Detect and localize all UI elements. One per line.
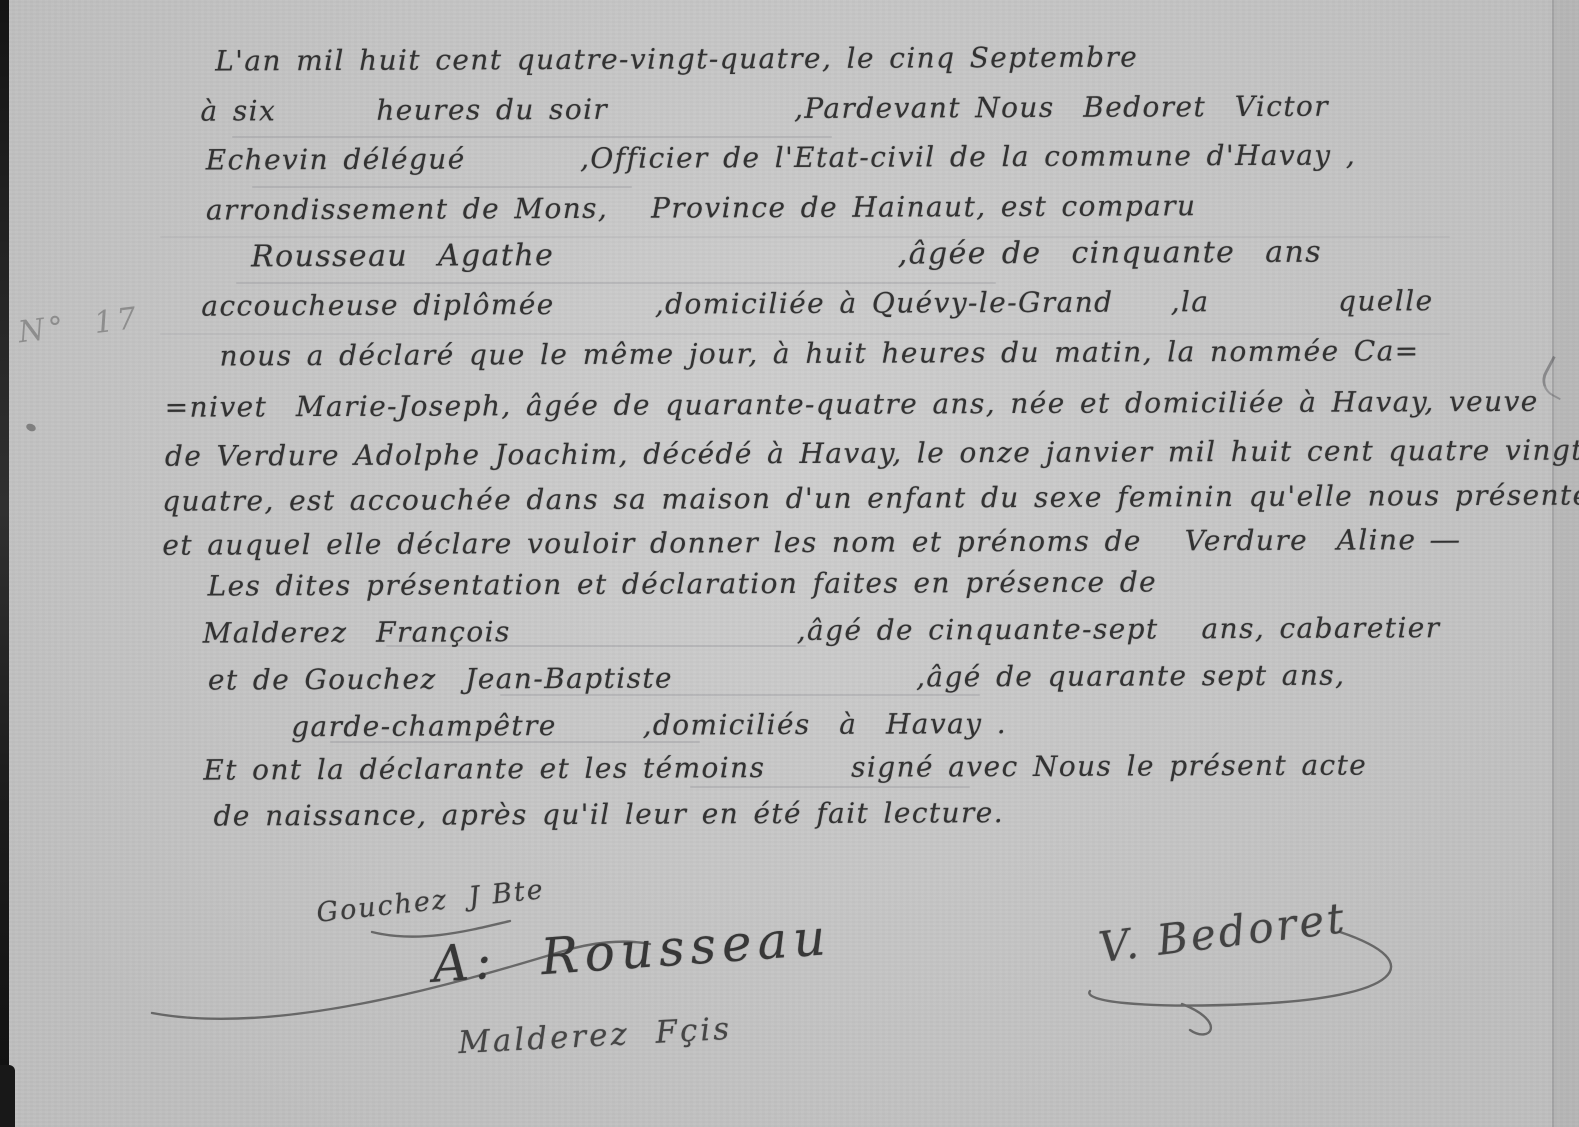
manuscript-line: Malderez François ,âgé de cinquante-sept…: [203, 611, 1441, 649]
signature-gouchez: Gouchez J Bte: [315, 874, 546, 929]
manuscript-line: Rousseau Agathe ,âgée de cinquante ans: [251, 235, 1322, 275]
manuscript-line: =nivet Marie-Joseph, âgée de quarante-qu…: [165, 385, 1539, 424]
manuscript-line: et de Gouchez Jean-Baptiste ,âgé de quar…: [208, 659, 1346, 697]
manuscript-line: garde-champêtre ,domiciliés à Havay .: [291, 707, 1007, 743]
manuscript-line: Echevin délégué ,Officier de l'Etat-civi…: [206, 139, 1357, 177]
manuscript-line: et auquel elle déclare vouloir donner le…: [162, 523, 1460, 562]
ruled-line: [232, 136, 832, 138]
manuscript-line: de naissance, après qu'il leur en été fa…: [213, 796, 1004, 832]
manuscript-line: de Verdure Adolphe Joachim, décédé à Hav…: [165, 434, 1579, 473]
ruled-line: [236, 282, 996, 284]
ink-blot: [25, 422, 37, 432]
signature-malderez: Malderez Fçis: [457, 1011, 733, 1061]
scan-edge-left: [0, 0, 9, 1127]
manuscript-line: quatre, est accouchée dans sa maison d'u…: [162, 478, 1579, 517]
manuscript-line: à six heures du soir ,Pardevant Nous Bed…: [200, 90, 1329, 128]
bedoret-paraph-tail: [1182, 1004, 1211, 1034]
manuscript-line: arrondissement de Mons, Province de Hain…: [206, 189, 1197, 226]
manuscript-line: Et ont la déclarante et les témoins sign…: [203, 748, 1367, 786]
ruled-line: [252, 186, 632, 188]
act-number: N° 17: [16, 301, 142, 351]
scanned-birth-act-page: N° 17 L'an mil huit cent quatre-vingt-qu…: [0, 0, 1579, 1127]
manuscript-line: Les dites présentation et déclaration fa…: [207, 565, 1157, 602]
manuscript-line: nous a déclaré que le même jour, à huit …: [219, 334, 1419, 372]
page-fold-band: [1554, 0, 1579, 1127]
scan-corner-mark: [0, 1065, 15, 1127]
signature-rousseau: A: Rousseau: [430, 908, 833, 994]
ruled-line: [690, 786, 970, 788]
manuscript-line: L'an mil huit cent quatre-vingt-quatre, …: [215, 40, 1138, 77]
manuscript-text-block: L'an mil huit cent quatre-vingt-quatre, …: [0, 0, 1579, 3]
signature-bedoret: V. Bedoret: [1096, 893, 1350, 972]
manuscript-line: accoucheuse diplômée ,domiciliée à Quévy…: [201, 284, 1433, 322]
page-fold-line: [1552, 0, 1554, 1127]
